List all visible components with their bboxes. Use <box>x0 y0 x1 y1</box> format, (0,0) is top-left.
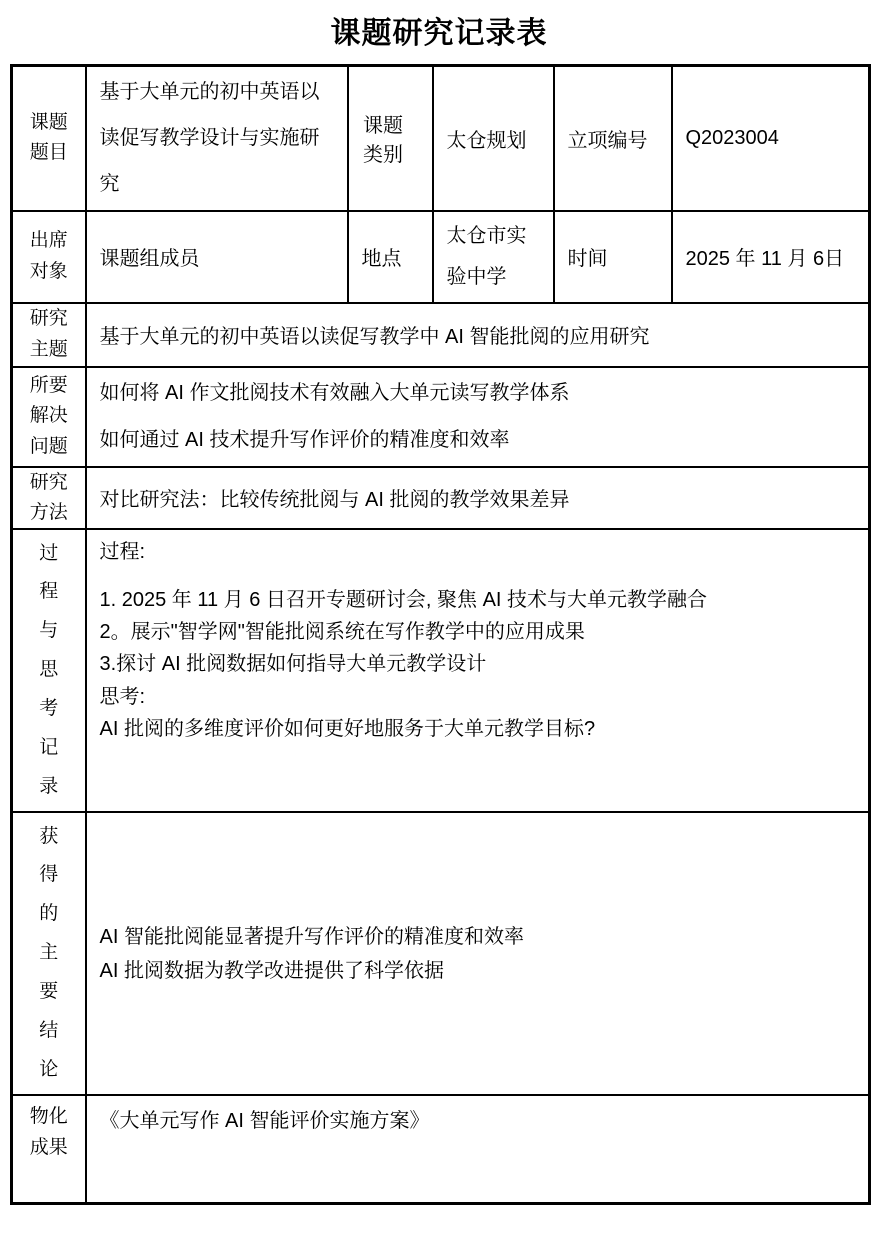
row-process-notes: 过程与思考记录 过程: 1. 2025 年 11 月 6 日召开专题研讨会, 聚… <box>12 529 870 812</box>
outcome-value: 《大单元写作 AI 智能评价实施方案》 <box>86 1095 870 1203</box>
document-page: 课题研究记录表 课题题目 基于大单元的初中英语以读促写教学设计与实施研究 课题类… <box>0 0 883 1240</box>
attendees-label-cell: 出席对象 <box>12 211 86 303</box>
process-label: 过程与思考记录 <box>37 535 61 808</box>
method-label-cell: 研究方法 <box>12 467 86 530</box>
topic-value: 基于大单元的初中英语以读促写教学设计与实施研究 <box>86 66 348 211</box>
conclusions-label: 获得的主要结论 <box>37 818 61 1091</box>
thinking-heading: 思考: <box>100 681 861 713</box>
row-topic: 课题题目 基于大单元的初中英语以读促写教学设计与实施研究 课题类别 太仓规划 立… <box>12 66 870 211</box>
category-label-cell: 课题类别 <box>348 66 433 211</box>
topic-label-cell: 课题题目 <box>12 66 86 211</box>
attendees-value: 课题组成员 <box>86 211 348 303</box>
theme-label: 研究主题 <box>28 304 69 365</box>
row-research-theme: 研究主题 基于大单元的初中英语以读促写教学中 AI 智能批阅的应用研究 <box>12 303 870 367</box>
outcome-label-cell: 物化成果 <box>12 1095 86 1203</box>
place-value: 太仓市实验中学 <box>433 211 554 303</box>
conclusions-value: AI 智能批阅能显著提升写作评价的精准度和效率 AI 批阅数据为教学改进提供了科… <box>86 812 870 1095</box>
conclusion-line-1: AI 智能批阅能显著提升写作评价的精准度和效率 <box>100 920 861 954</box>
category-value: 太仓规划 <box>433 66 554 211</box>
page-title: 课题研究记录表 <box>10 8 868 52</box>
attendees-label: 出席对象 <box>28 226 69 287</box>
project-number-value: Q2023004 <box>672 66 870 211</box>
problems-label-cell: 所要解决问题 <box>12 367 86 467</box>
category-label: 课题类别 <box>362 109 405 167</box>
method-label: 研究方法 <box>28 468 69 529</box>
process-heading: 过程: <box>100 536 861 568</box>
problems-label: 所要解决问题 <box>28 371 69 462</box>
time-label: 时间 <box>554 211 672 303</box>
process-item-3: 3.探讨 AI 批阅数据如何指导大单元教学设计 <box>100 648 861 680</box>
theme-label-cell: 研究主题 <box>12 303 86 367</box>
problem-line-2: 如何通过 AI 技术提升写作评价的精准度和效率 <box>100 417 861 464</box>
research-record-table: 课题题目 基于大单元的初中英语以读促写教学设计与实施研究 课题类别 太仓规划 立… <box>10 64 871 1205</box>
time-value: 2025 年 11 月 6日 <box>672 211 870 303</box>
place-label: 地点 <box>348 211 433 303</box>
thinking-question: AI 批阅的多维度评价如何更好地服务于大单元教学目标? <box>100 713 861 745</box>
row-conclusions: 获得的主要结论 AI 智能批阅能显著提升写作评价的精准度和效率 AI 批阅数据为… <box>12 812 870 1095</box>
row-attendees: 出席对象 课题组成员 地点 太仓市实验中学 时间 2025 年 11 月 6日 <box>12 211 870 303</box>
topic-label: 课题题目 <box>28 108 69 169</box>
row-problems: 所要解决问题 如何将 AI 作文批阅技术有效融入大单元读写教学体系 如何通过 A… <box>12 367 870 467</box>
conclusion-line-2: AI 批阅数据为教学改进提供了科学依据 <box>100 954 861 988</box>
theme-value: 基于大单元的初中英语以读促写教学中 AI 智能批阅的应用研究 <box>86 303 870 367</box>
project-number-label: 立项编号 <box>554 66 672 211</box>
process-item-2: 2。展示"智学网"智能批阅系统在写作教学中的应用成果 <box>100 616 861 648</box>
process-item-1: 1. 2025 年 11 月 6 日召开专题研讨会, 聚焦 AI 技术与大单元教… <box>100 584 861 616</box>
row-outcome: 物化成果 《大单元写作 AI 智能评价实施方案》 <box>12 1095 870 1203</box>
problems-value: 如何将 AI 作文批阅技术有效融入大单元读写教学体系 如何通过 AI 技术提升写… <box>86 367 870 467</box>
conclusions-label-cell: 获得的主要结论 <box>12 812 86 1095</box>
problem-line-1: 如何将 AI 作文批阅技术有效融入大单元读写教学体系 <box>100 370 861 417</box>
method-value: 对比研究法：比较传统批阅与 AI 批阅的教学效果差异 <box>86 467 870 530</box>
row-method: 研究方法 对比研究法：比较传统批阅与 AI 批阅的教学效果差异 <box>12 467 870 530</box>
process-notes: 过程: 1. 2025 年 11 月 6 日召开专题研讨会, 聚焦 AI 技术与… <box>86 529 870 812</box>
process-label-cell: 过程与思考记录 <box>12 529 86 812</box>
outcome-label: 物化成果 <box>28 1102 69 1163</box>
